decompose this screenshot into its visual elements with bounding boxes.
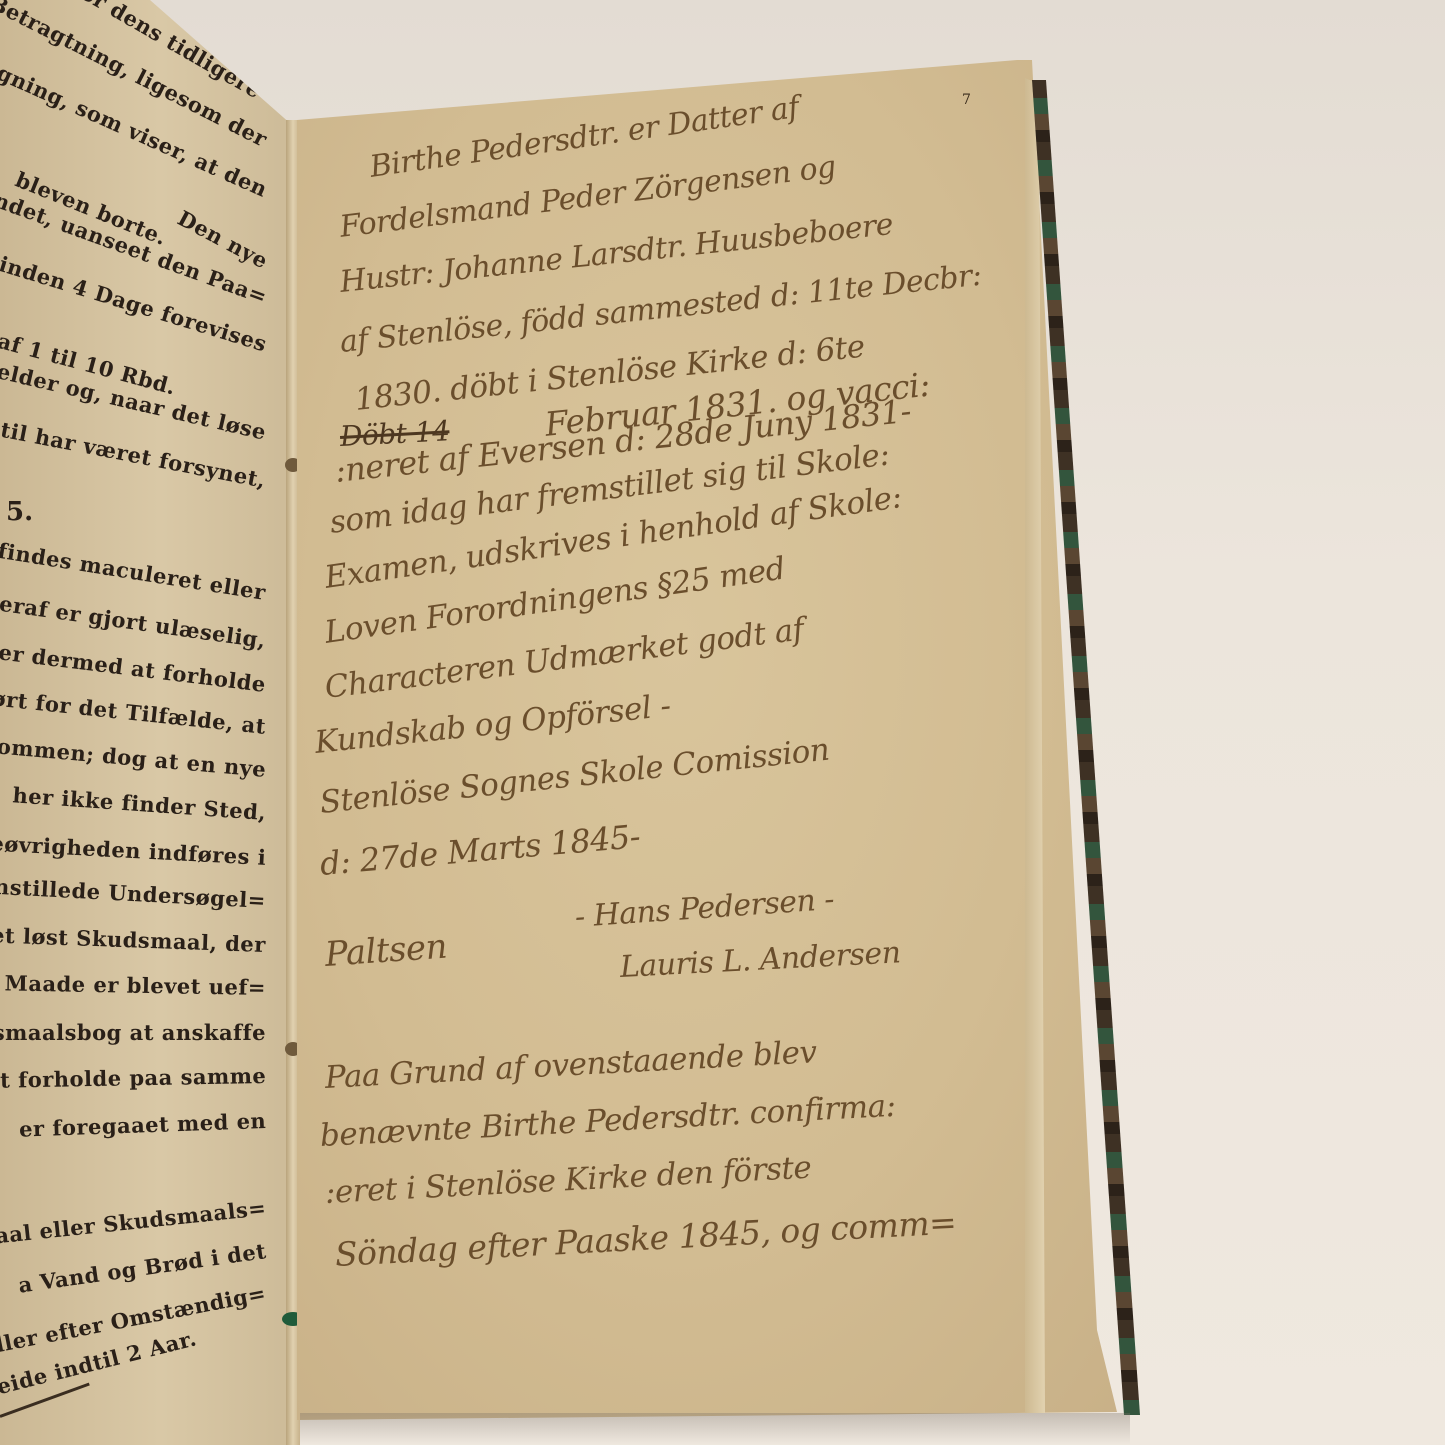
signature: Paltsen — [324, 927, 449, 975]
printed-line: den anstillede Undersøgel= — [0, 870, 267, 913]
printed-line: olitieøvrigheden indføres i — [0, 828, 267, 870]
page-number: 7 — [962, 92, 971, 108]
printed-line: et løst Skudsmaal, der — [0, 922, 266, 957]
book-shadow — [300, 1413, 1130, 1445]
printed-line: kommen; dog at en nye — [0, 732, 267, 782]
printed-line: kudsmaalsbog at anskaffe — [0, 1020, 266, 1045]
printed-page-left: Spørgsmaal om Personens Leiligheder, hvo… — [0, 0, 292, 1445]
printed-line: bog findes maculeret eller — [0, 530, 268, 605]
photo-scene: Spørgsmaal om Personens Leiligheder, hvo… — [0, 0, 1445, 1445]
printed-line: t at forholde paa samme — [0, 1063, 266, 1093]
section-number: 5. — [6, 497, 33, 527]
printed-line: her ikke finder Sted, — [12, 782, 267, 825]
printed-line: er foregaaet med en — [19, 1108, 267, 1142]
printed-line: den Maade er blevet uef= — [0, 970, 266, 1000]
